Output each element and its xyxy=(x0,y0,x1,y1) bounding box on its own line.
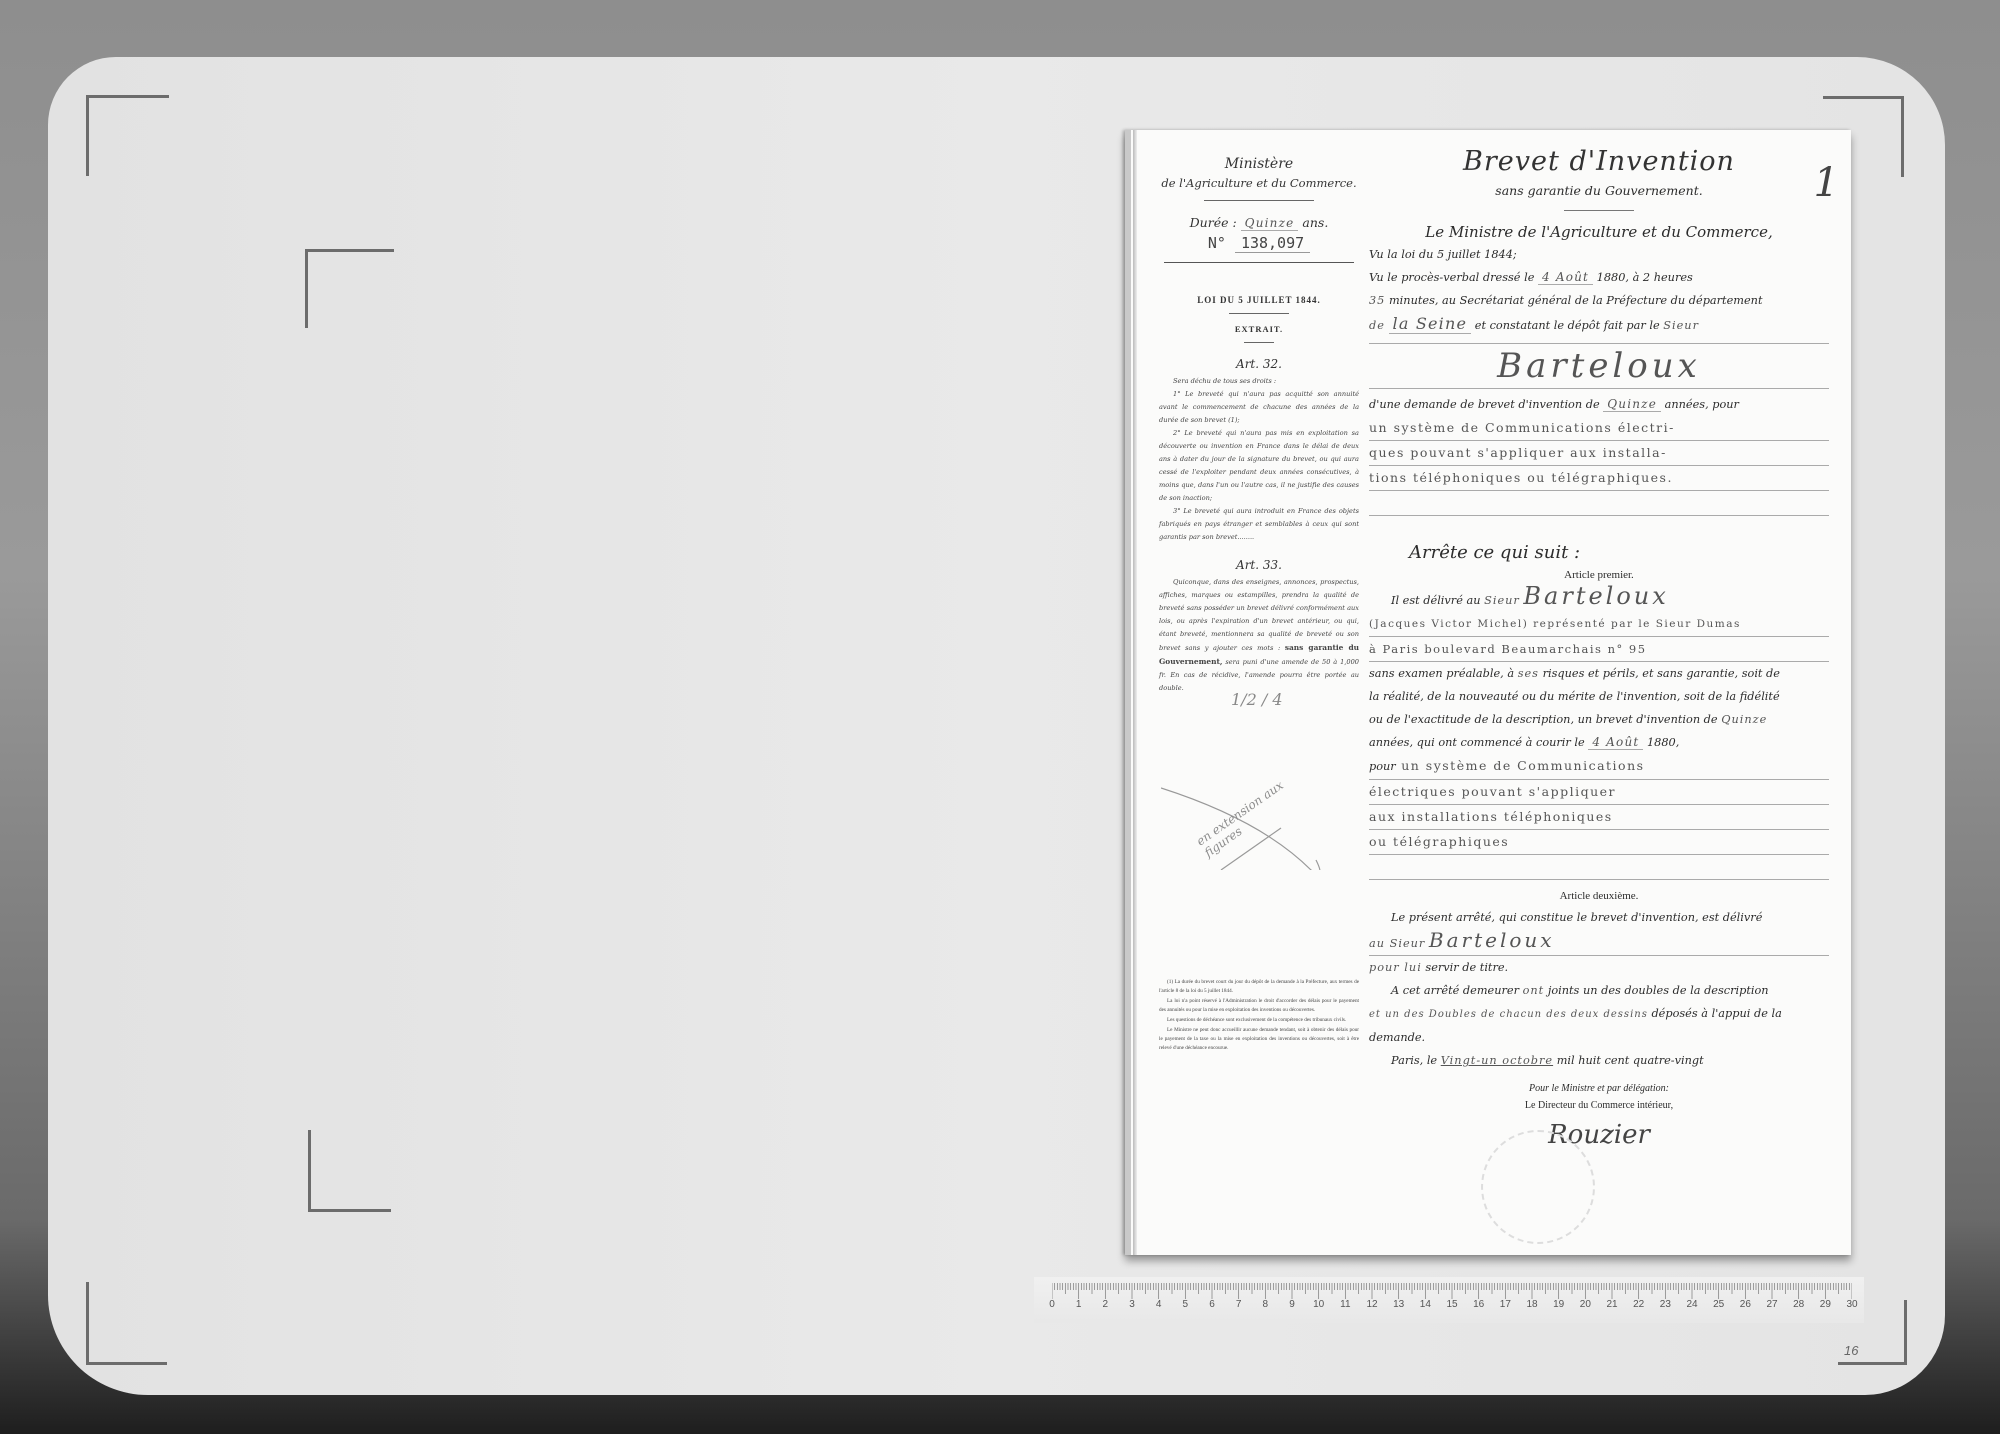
article-33-text: Quiconque, dans des enseignes, annonces,… xyxy=(1159,576,1359,695)
invention-title-line: pour un système de Communications xyxy=(1369,754,1829,780)
right-column: Brevet d'Invention sans garantie du Gouv… xyxy=(1369,140,1829,1150)
vu-pv-line: Vu le procès-verbal dressé le 4 Août 188… xyxy=(1369,266,1829,289)
ruler-label: 26 xyxy=(1740,1299,1751,1310)
ruler-label: 16 xyxy=(1473,1299,1484,1310)
ruler-label: 5 xyxy=(1183,1299,1189,1310)
ruler-label: 19 xyxy=(1553,1299,1564,1310)
invention-title-line: tions téléphoniques ou télégraphiques. xyxy=(1369,466,1829,491)
article-2-text: Le présent arrêté, qui constitue le brev… xyxy=(1369,906,1829,929)
joint-line: A cet arrêté demeurer ont joints un des … xyxy=(1369,979,1829,1002)
ruler-label: 3 xyxy=(1129,1299,1135,1310)
applicant-name: Barteloux xyxy=(1369,343,1829,389)
ruler-label: 24 xyxy=(1686,1299,1697,1310)
pv-minutes-line: 35 minutes, au Secrétariat général de la… xyxy=(1369,289,1829,312)
patent-document: Ministère de l'Agriculture et du Commerc… xyxy=(1125,130,1851,1255)
article-33-heading: Art. 33. xyxy=(1159,558,1359,572)
signature-block: Pour le Ministre et par délégation: Le D… xyxy=(1369,1080,1829,1114)
delivre-line: Il est délivré au Sieur Barteloux xyxy=(1369,585,1829,612)
ornament-divider xyxy=(1564,210,1634,211)
ruler-label: 30 xyxy=(1846,1299,1857,1310)
ruler-label: 21 xyxy=(1606,1299,1617,1310)
ruler-label: 28 xyxy=(1793,1299,1804,1310)
blank-line xyxy=(1369,491,1829,516)
ruler-label: 18 xyxy=(1526,1299,1537,1310)
measurement-ruler: 0123456789101112131415161718192021222324… xyxy=(1034,1277,1864,1323)
blank-line xyxy=(1369,855,1829,880)
crop-mark-inner-bottom-left xyxy=(308,1130,391,1212)
department-line: de la Seine et constatant le dépôt fait … xyxy=(1369,312,1829,337)
invention-title-line: ques pouvant s'appliquer aux installa- xyxy=(1369,441,1829,466)
signature: Rouzier xyxy=(1369,1120,1829,1150)
article-32-heading: Art. 32. xyxy=(1159,357,1359,371)
footnotes: (1) La durée du brevet court du jour du … xyxy=(1159,978,1359,1054)
ruler-label: 1 xyxy=(1076,1299,1082,1310)
ruler-label: 10 xyxy=(1313,1299,1324,1310)
ruler-label: 8 xyxy=(1263,1299,1269,1310)
start-date-line: années, qui ont commencé à courir le 4 A… xyxy=(1369,731,1829,754)
ministry-subheading: de l'Agriculture et du Commerce. xyxy=(1159,176,1359,190)
ruler-label: 25 xyxy=(1713,1299,1724,1310)
article-1-text: la réalité, de la nouveauté ou du mérite… xyxy=(1369,685,1829,708)
vu-loi-line: Vu la loi du 5 juillet 1844; xyxy=(1369,243,1829,266)
ruler-label: 7 xyxy=(1236,1299,1242,1310)
crop-mark-bottom-left xyxy=(86,1282,167,1365)
joint-line-2: et un des Doubles de chacun des deux des… xyxy=(1369,1002,1829,1026)
invention-title-line: un système de Communications électri- xyxy=(1369,416,1829,441)
address-line: à Paris boulevard Beaumarchais n° 95 xyxy=(1369,637,1829,662)
duration-field: Durée : Quinze ans. xyxy=(1159,215,1359,230)
divider xyxy=(1164,262,1354,263)
extract-heading: EXTRAIT. xyxy=(1159,324,1359,334)
article-32-text: Sera déchu de tous ses droits : 1° Le br… xyxy=(1159,375,1359,544)
demande-line: d'une demande de brevet d'invention de Q… xyxy=(1369,393,1829,416)
ruler-label: 6 xyxy=(1209,1299,1215,1310)
invention-title-line: ou télégraphiques xyxy=(1369,830,1829,855)
faded-seal-stamp xyxy=(1481,1130,1595,1244)
article-1-heading: Article premier. xyxy=(1369,569,1829,581)
document-title: Brevet d'Invention xyxy=(1369,146,1829,177)
ruler-label: 12 xyxy=(1366,1299,1377,1310)
ruler-label: 20 xyxy=(1580,1299,1591,1310)
arrete-heading: Arrête ce qui suit : xyxy=(1409,542,1829,563)
ruler-label: 15 xyxy=(1446,1299,1457,1310)
ruler-label: 22 xyxy=(1633,1299,1644,1310)
demande-word: demande. xyxy=(1369,1026,1829,1049)
article-1-text: sans examen préalable, à ses risques et … xyxy=(1369,662,1829,685)
ruler-label: 14 xyxy=(1420,1299,1431,1310)
ruler-label: 13 xyxy=(1393,1299,1404,1310)
ornament-divider xyxy=(1229,313,1289,314)
ruler-label: 29 xyxy=(1820,1299,1831,1310)
crop-mark-top-left xyxy=(86,95,169,176)
article-2-recipient: au Sieur Barteloux xyxy=(1369,929,1829,956)
ruler-label: 23 xyxy=(1660,1299,1671,1310)
invention-title-line: électriques pouvant s'appliquer xyxy=(1369,780,1829,805)
pencil-fraction-note: 1/2 / 4 xyxy=(1231,690,1283,709)
duration-value: Quinze xyxy=(1241,216,1299,231)
sheet-number: 16 xyxy=(1844,1343,1858,1358)
page-mark: 1 xyxy=(1814,160,1839,206)
representative-line: (Jacques Victor Michel) représenté par l… xyxy=(1369,612,1829,637)
article-2-heading: Article deuxième. xyxy=(1369,890,1829,902)
ruler-label: 4 xyxy=(1156,1299,1162,1310)
ministry-heading: Ministère xyxy=(1159,156,1359,172)
left-column: Ministère de l'Agriculture et du Commerc… xyxy=(1159,148,1359,695)
crop-mark-inner-top-left xyxy=(305,249,394,328)
document-subtitle: sans garantie du Gouvernement. xyxy=(1369,183,1829,198)
ruler-label: 0 xyxy=(1049,1299,1055,1310)
servir-titre-line: pour lui servir de titre. xyxy=(1369,956,1829,979)
minister-heading: Le Ministre de l'Agriculture et du Comme… xyxy=(1369,223,1829,241)
ruler-label: 2 xyxy=(1103,1299,1109,1310)
pencil-annotation: en extension aux figures xyxy=(1161,770,1331,870)
short-divider xyxy=(1244,342,1274,343)
article-1-text: ou de l'exactitude de la description, un… xyxy=(1369,708,1829,731)
law-title: LOI DU 5 JUILLET 1844. xyxy=(1159,295,1359,305)
paris-date-line: Paris, le Vingt-un octobre mil huit cent… xyxy=(1369,1049,1829,1072)
ruler-label: 9 xyxy=(1289,1299,1295,1310)
patent-number: N° 138,097 xyxy=(1159,234,1359,252)
ruler-label: 11 xyxy=(1340,1299,1350,1310)
ruler-label: 17 xyxy=(1500,1299,1511,1310)
invention-title-line: aux installations téléphoniques xyxy=(1369,805,1829,830)
ruler-label: 27 xyxy=(1766,1299,1777,1310)
ornament-divider xyxy=(1204,200,1314,201)
